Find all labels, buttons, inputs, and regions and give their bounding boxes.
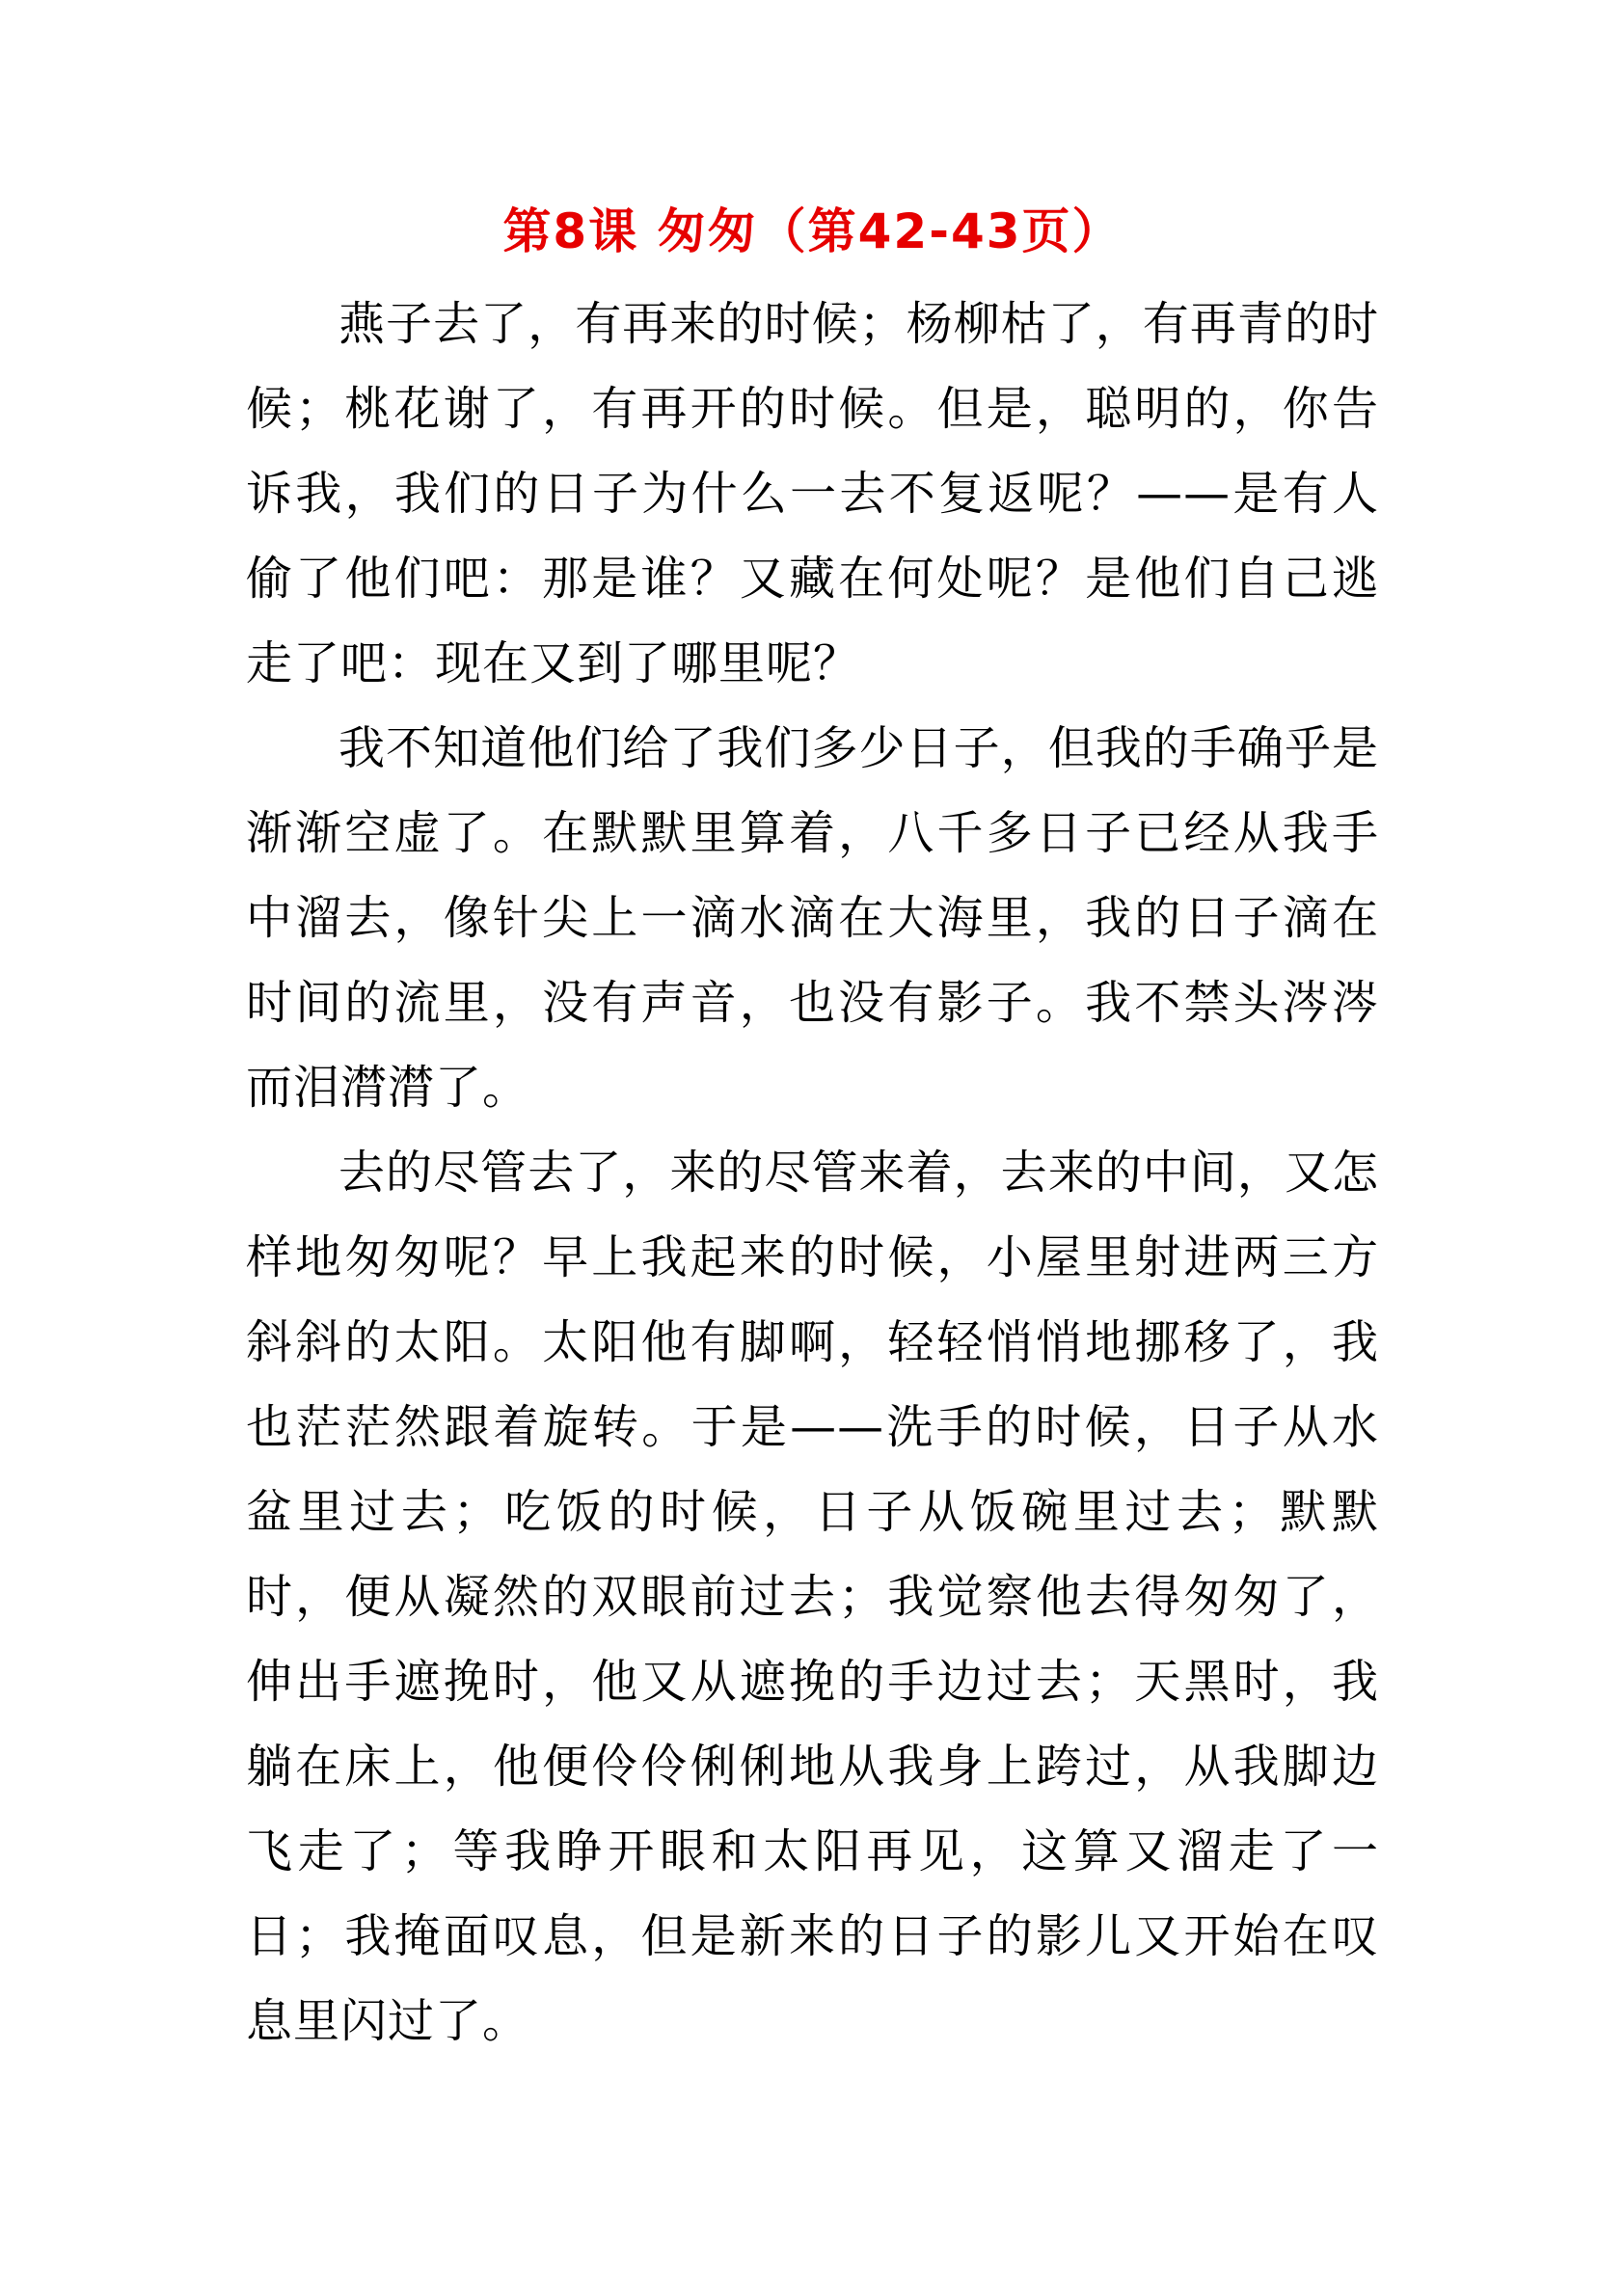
essay-paragraph-3: 去的尽管去了，来的尽管来着，去来的中间，又怎样地匆匆呢？早上我起来的时候，小屋里… bbox=[246, 1130, 1379, 2064]
essay-paragraph-2: 我不知道他们给了我们多少日子，但我的手确乎是渐渐空虚了。在默默里算着，八千多日子… bbox=[246, 706, 1379, 1130]
document-page: 第8课 匆匆（第42-43页） 燕子去了，有再来的时候；杨柳枯了，有再青的时候；… bbox=[0, 0, 1624, 2295]
essay-body: 燕子去了，有再来的时候；杨柳枯了，有再青的时候；桃花谢了，有再开的时候。但是，聪… bbox=[246, 282, 1379, 2064]
text-column: 第8课 匆匆（第42-43页） 燕子去了，有再来的时候；杨柳枯了，有再青的时候；… bbox=[246, 189, 1379, 2064]
essay-paragraph-1: 燕子去了，有再来的时候；杨柳枯了，有再青的时候；桃花谢了，有再开的时候。但是，聪… bbox=[246, 282, 1379, 706]
lesson-title: 第8课 匆匆（第42-43页） bbox=[246, 189, 1379, 274]
